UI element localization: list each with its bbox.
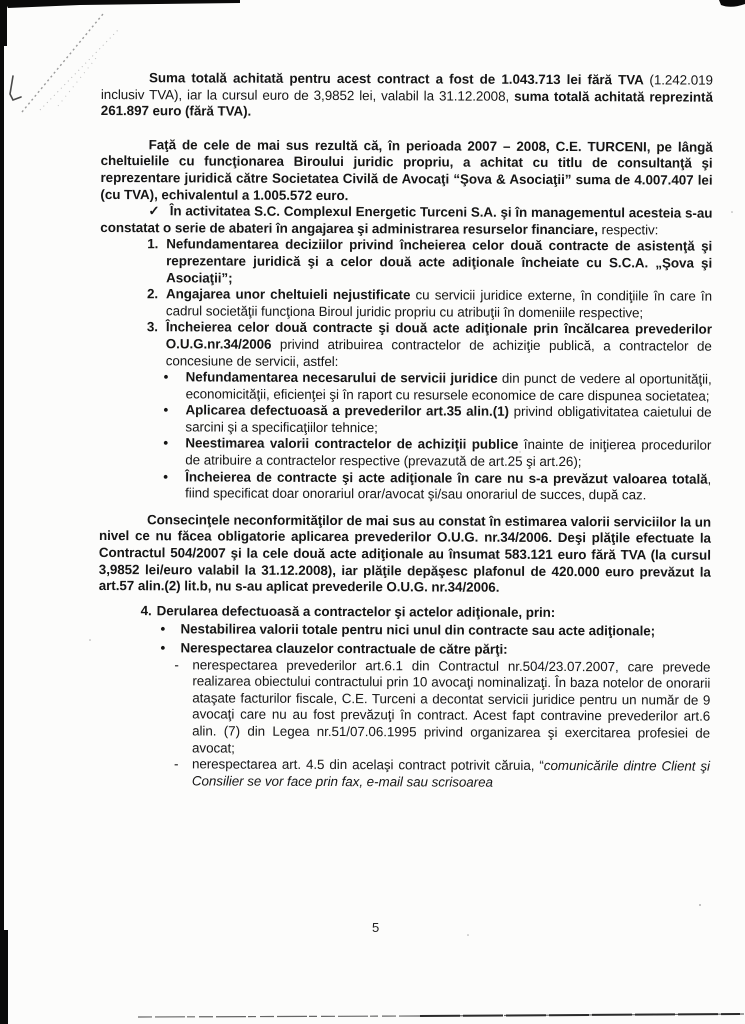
scan-blob-top-right	[719, 0, 745, 7]
paragraph-consecinte: Consecinţele neconformităţilor de mai su…	[99, 512, 711, 598]
sub-bullet-1-text: Nefundamentarea necesarului de servicii …	[186, 369, 712, 404]
dash-item-2-text: nerespectarea art. 4.5 din acelaşi contr…	[192, 757, 710, 792]
scan-speckle	[731, 211, 733, 213]
scan-speckle	[467, 934, 469, 936]
list-item-4: 4. Derularea defectuoasă a contractelor …	[99, 603, 711, 622]
dash-item-1-text: nerespectarea prevederilor art.6.1 din C…	[192, 657, 710, 759]
dash-marker: -	[174, 657, 192, 757]
scan-line-bottom-dark	[420, 1014, 740, 1016]
scan-edge-left	[0, 0, 4, 1024]
scan-speckle	[89, 639, 91, 641]
list-marker-3: 3.	[147, 320, 166, 370]
list-item-3: 3. Încheierea celor două contracte şi do…	[100, 319, 712, 371]
scanned-page: Suma totală achitată pentru acest contra…	[0, 0, 745, 1024]
sub-bullet-3-bold: Neestimarea valorii contractelor de achi…	[185, 436, 518, 452]
dash-item-2: - nerespectarea art. 4.5 din acelaşi con…	[98, 756, 710, 792]
list-marker-4: 4.	[141, 603, 157, 620]
bullet-marker: •	[163, 469, 185, 502]
paragraph-suma-bold-lead: Suma totală achitată pentru acest contra…	[149, 70, 650, 87]
check-icon: ✓	[148, 203, 169, 218]
bullet-marker: •	[160, 640, 180, 657]
sub-bullet-4: • Încheierea de contracte şi acte adiţio…	[99, 469, 711, 505]
scan-scratch-diagonal	[58, 58, 96, 106]
scan-scratch-diagonal	[22, 14, 103, 112]
scan-edge-top-left-corner	[0, 0, 7, 46]
bullet-marker: •	[163, 436, 185, 469]
pen-mark	[10, 76, 21, 100]
paragraph-suma: Suma totală achitată pentru acest contra…	[101, 70, 713, 122]
list-marker-1: 1.	[147, 237, 166, 287]
list-item-2-text: Angajarea unor cheltuieli nejustificate …	[166, 286, 712, 322]
list-item-1-bold: Nefundamentarea deciziilor privind înche…	[166, 237, 712, 285]
sub-bullet-2-bold: Aplicarea defectuoasă a prevederilor art…	[185, 403, 508, 419]
scan-line-bottom	[138, 1014, 745, 1017]
sub-bullet-3: • Neestimarea valorii contractelor de ac…	[99, 435, 711, 471]
page-number: 5	[372, 920, 379, 935]
list-item-2-bold: Angajarea unor cheltuieli nejustificate	[166, 286, 410, 302]
dash-item-2-normal: nerespectarea art. 4.5 din acelaşi contr…	[192, 757, 544, 774]
sub-bullet-2-text: Aplicarea defectuoasă a prevederilor art…	[185, 403, 711, 438]
paragraph-findings: ✓În activitatea S.C. Complexul Energetic…	[100, 203, 712, 239]
sub-bullet-2: • Aplicarea defectuoasă a prevederilor a…	[99, 402, 711, 438]
dash-item-1-normal: nerespectarea prevederilor art.6.1 din C…	[192, 657, 710, 755]
list-item-1-text: Nefundamentarea deciziilor privind înche…	[166, 237, 712, 289]
dash-item-1: - nerespectarea prevederilor art.6.1 din…	[98, 657, 710, 759]
paragraph-fata-text: Faţă de cele de mai sus rezultă că, în p…	[100, 137, 712, 203]
scan-edge-bottom-left	[0, 930, 8, 1024]
list-item-4-text: Derularea defectuoasă a contractelor şi …	[157, 603, 711, 622]
item4-bullet-2-bold: Nerespectarea clauzelor contractuale de …	[180, 640, 507, 656]
sub-bullet-1-bold: Nefundamentarea necesarului de servicii …	[186, 369, 498, 385]
bullet-marker: •	[161, 622, 181, 639]
sub-bullet-4-bold: Încheierea de contracte şi acte adiţiona…	[185, 469, 707, 486]
bullet-marker: •	[164, 369, 186, 402]
paragraph-consecinte-text: Consecinţele neconformităţilor de mai su…	[99, 512, 711, 595]
paragraph-fata: Faţă de cele de mai sus rezultă că, în p…	[100, 137, 712, 206]
list-item-4-bold: Derularea defectuoasă a contractelor şi …	[157, 603, 556, 620]
dash-marker: -	[174, 756, 192, 789]
item4-bullet-1: • Nestabilirea valorii totale pentru nic…	[99, 621, 711, 640]
scan-speckle	[699, 904, 701, 906]
sub-bullet-4-text: Încheierea de contracte şi acte adiţiona…	[185, 469, 711, 504]
sub-bullet-1: • Nefundamentarea necesarului de servici…	[100, 369, 712, 405]
item4-bullet-1-bold: Nestabilirea valorii totale pentru nici …	[181, 622, 656, 639]
list-marker-2: 2.	[147, 286, 166, 319]
item4-bullet-1-text: Nestabilirea valorii totale pentru nici …	[181, 622, 711, 641]
list-item-3-text: Încheierea celor două contracte şi două …	[166, 320, 712, 372]
bullet-marker: •	[163, 403, 185, 436]
list-item-2: 2. Angajarea unor cheltuieli nejustifica…	[100, 286, 712, 322]
document-body: Suma totală achitată pentru acest contra…	[98, 70, 713, 792]
paragraph-findings-normal: respectiv:	[598, 222, 659, 237]
sub-bullet-3-text: Neestimarea valorii contractelor de achi…	[185, 436, 711, 471]
list-item-1: 1. Nefundamentarea deciziilor privind în…	[100, 236, 712, 288]
scan-edge-top	[4, 0, 240, 8]
